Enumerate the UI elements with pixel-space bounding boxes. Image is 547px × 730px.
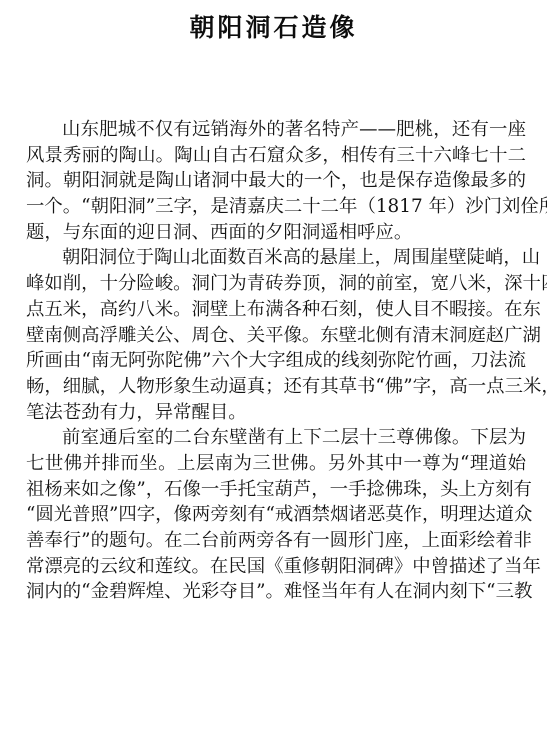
text-line: “圆光普照”四字，像两旁刻有“戒酒禁烟诸恶莫作，明理达道众 (26, 502, 526, 528)
article-body: 山东肥城不仅有远销海外的著名特产——肥桃，还有一座 风景秀丽的陶山。陶山自古石窟… (26, 117, 526, 605)
text-line: 七世佛并排而坐。上层南为三世佛。另外其中一尊为“理道始 (26, 451, 526, 477)
book-page: 朝阳洞石造像 山东肥城不仅有远销海外的著名特产——肥桃，还有一座 风景秀丽的陶山… (0, 0, 547, 730)
text-line: 洞。朝阳洞就是陶山诸洞中最大的一个，也是保存造像最多的 (26, 168, 526, 194)
text-line: 山东肥城不仅有远销海外的著名特产——肥桃，还有一座 (26, 117, 526, 143)
text-line: 朝阳洞位于陶山北面数百米高的悬崖上，周围崖壁陡峭，山 (26, 245, 526, 271)
text-line: 前室通后室的二台东壁凿有上下二层十三尊佛像。下层为 (26, 425, 526, 451)
text-line: 风景秀丽的陶山。陶山自古石窟众多，相传有三十六峰七十二 (26, 143, 526, 169)
text-line: 常漂亮的云纹和莲纹。在民国《重修朝阳洞碑》中曾描述了当年 (26, 554, 526, 580)
text-line: 笔法苍劲有力，异常醒目。 (26, 400, 526, 426)
text-line: 善奉行”的题句。在二台前两旁各有一圆形门座，上面彩绘着非 (26, 528, 526, 554)
text-line: 洞内的“金碧辉煌、光彩夺目”。难怪当年有人在洞内刻下“三教 (26, 579, 526, 605)
text-line: 壁南侧高浮雕关公、周仓、关平像。东壁北侧有清末洞庭赵广湖 (26, 323, 526, 349)
text-line: 一个。“朝阳洞”三字，是清嘉庆二十二年（1817 年）沙门刘佺所 (26, 194, 526, 220)
text-line: 畅，细腻，人物形象生动逼真；还有其草书“佛”字，高一点三米， (26, 374, 526, 400)
text-line: 题，与东面的迎日洞、西面的夕阳洞遥相呼应。 (26, 220, 526, 246)
page-title: 朝阳洞石造像 (0, 8, 547, 48)
text-line: 峰如削，十分险峻。洞门为青砖券顶，洞的前室，宽八米，深十四 (26, 271, 526, 297)
text-line: 祖杨来如之像”，石像一手托宝葫芦，一手捻佛珠，头上方刻有 (26, 477, 526, 503)
text-line: 点五米，高约八米。洞壁上布满各种石刻，使人目不暇接。在东 (26, 297, 526, 323)
text-line: 所画由“南无阿弥陀佛”六个大字组成的线刻弥陀竹画，刀法流 (26, 348, 526, 374)
